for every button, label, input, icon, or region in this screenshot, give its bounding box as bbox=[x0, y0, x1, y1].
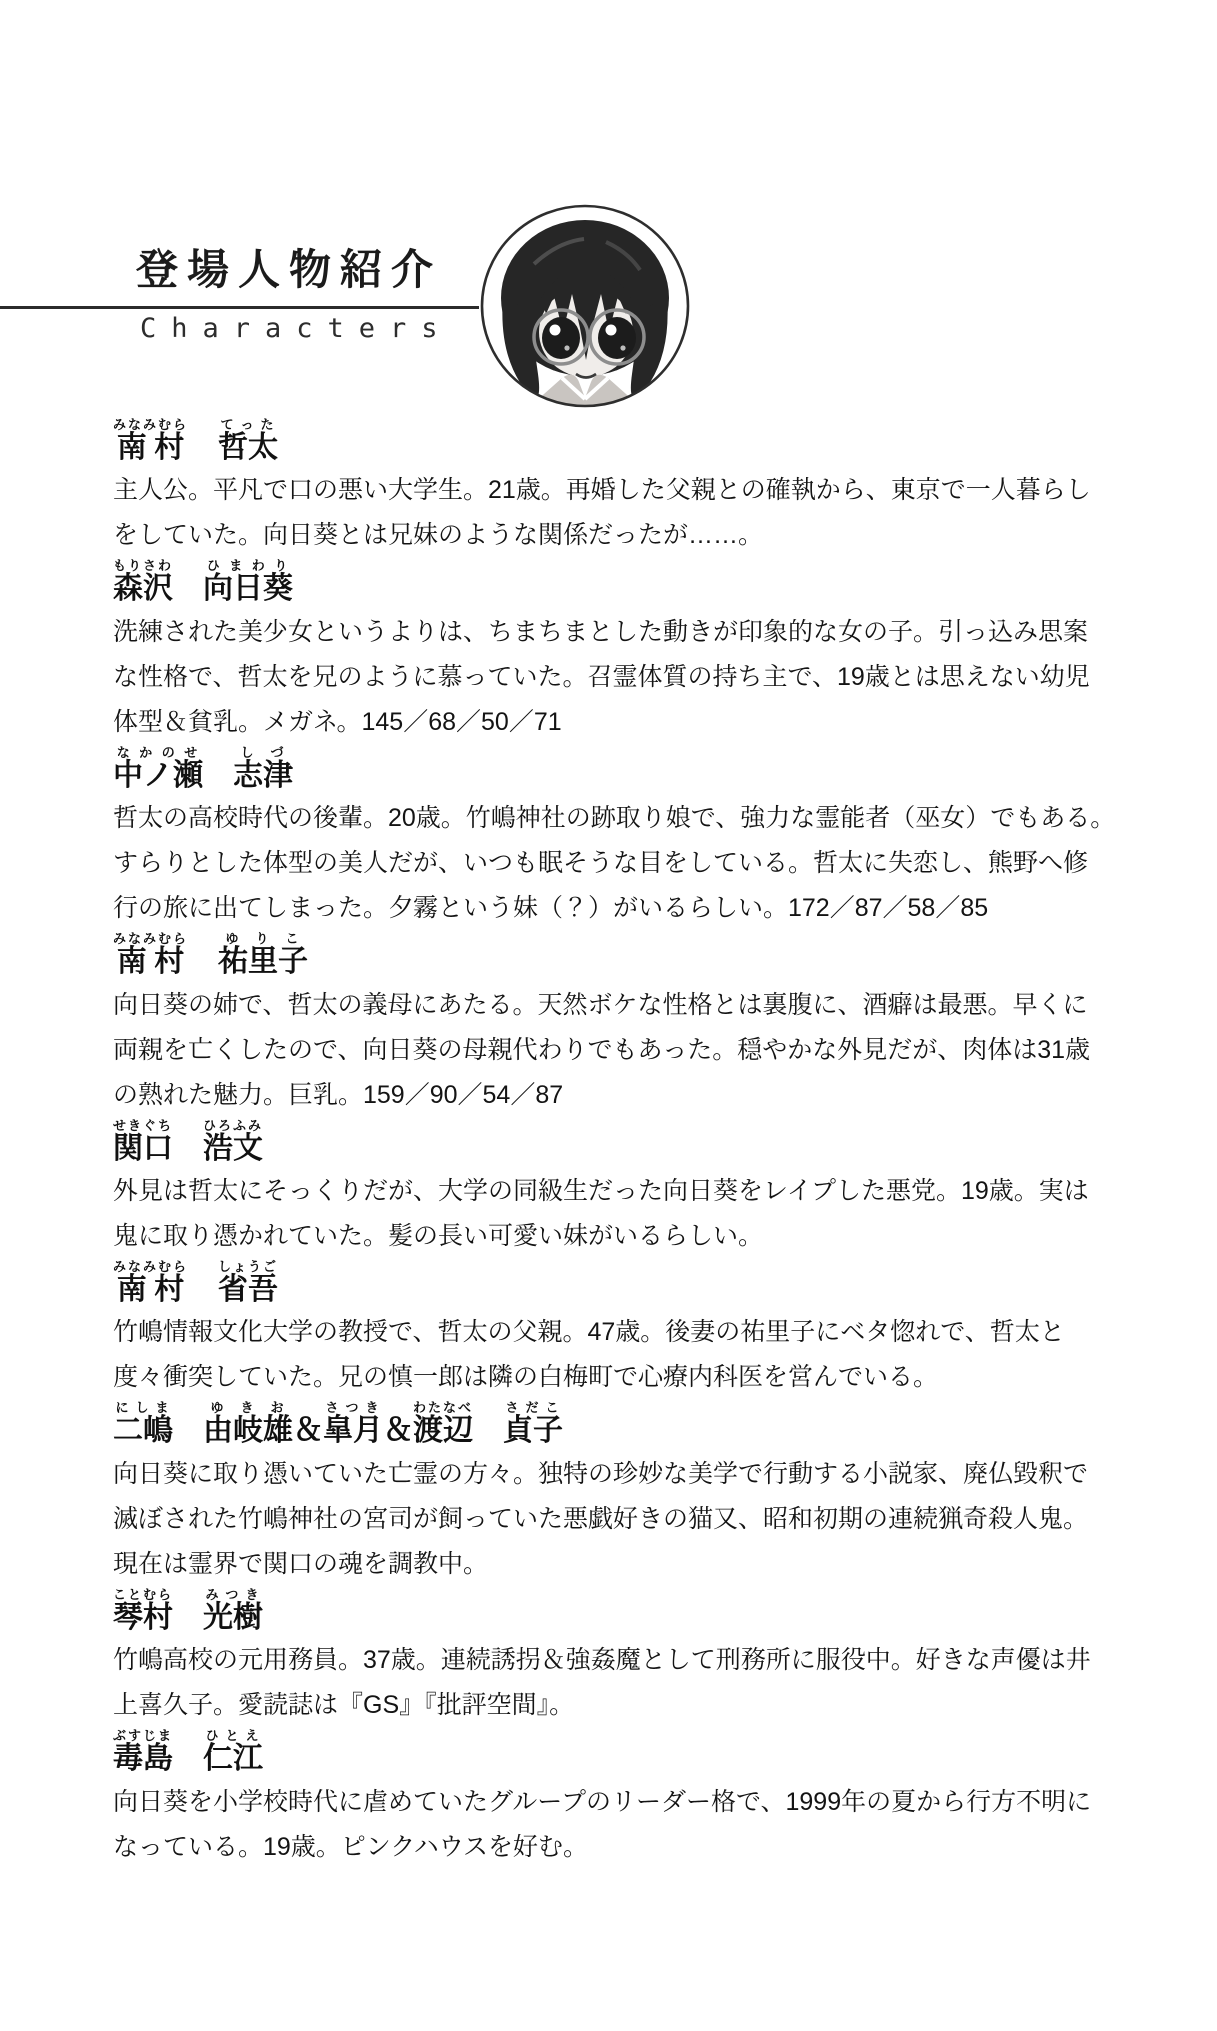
description-line: 外見は哲太にそっくりだが、大学の同級生だった向日葵をレイプした悪党。19歳。実は bbox=[113, 1169, 1133, 1214]
description-line: 向日葵に取り憑いていた亡霊の方々。独特の珍妙な美学で行動する小説家、廃仏毀釈で bbox=[113, 1452, 1133, 1497]
character-name-segment: 省吾しょうご bbox=[218, 1273, 278, 1306]
character-list: 南村みなみむら哲太てった 主人公。平凡で口の悪い大学生。21歳。再婚した父親との… bbox=[113, 417, 1133, 1870]
character-entry: 毒島ぶすじま仁江ひとえ 向日葵を小学校時代に虐めていたグループのリーダー格で、1… bbox=[113, 1728, 1133, 1869]
character-name-segment: 南村みなみむら bbox=[113, 1273, 188, 1306]
character-description: 向日葵の姉で、哲太の義母にあたる。天然ボケな性格とは裏腹に、酒癖は最悪。早くに両… bbox=[113, 983, 1133, 1118]
header-rule bbox=[0, 306, 479, 309]
character-name: 関口せきぐち浩文ひろふみ bbox=[113, 1118, 1133, 1165]
description-line: 向日葵を小学校時代に虐めていたグループのリーダー格で、1999年の夏から行方不明… bbox=[113, 1780, 1133, 1825]
page: 登場人物紹介 Characters bbox=[0, 0, 1217, 2031]
description-line: な性格で、哲太を兄のように慕っていた。召霊体質の持ち主で、19歳とは思えない幼児 bbox=[113, 655, 1133, 700]
character-entry: 二嶋にしま由岐雄ゆきお＆皐月さつき＆渡辺わたなべ貞子さだこ 向日葵に取り憑いてい… bbox=[113, 1400, 1133, 1586]
character-name: 毒島ぶすじま仁江ひとえ bbox=[113, 1728, 1133, 1775]
character-description: 外見は哲太にそっくりだが、大学の同級生だった向日葵をレイプした悪党。19歳。実は… bbox=[113, 1169, 1133, 1259]
description-line: なっている。19歳。ピンクハウスを好む。 bbox=[113, 1825, 1133, 1870]
description-line: 行の旅に出てしまった。夕霧という妹（？）がいるらしい。172／87／58／85 bbox=[113, 886, 1133, 931]
description-line: の熟れた魅力。巨乳。159／90／54／87 bbox=[113, 1073, 1133, 1118]
character-name-segment: ＆ bbox=[383, 1414, 413, 1447]
description-line: 現在は霊界で関口の魂を調教中。 bbox=[113, 1542, 1133, 1587]
character-name-segment: 仁江ひとえ bbox=[203, 1742, 263, 1775]
character-name: 南村みなみむら省吾しょうご bbox=[113, 1259, 1133, 1306]
character-description: 竹嶋高校の元用務員。37歳。連続誘拐＆強姦魔として刑務所に服役中。好きな声優は井… bbox=[113, 1638, 1133, 1728]
character-name-segment: 中ノ瀬なかのせ bbox=[113, 759, 203, 792]
description-line: 上喜久子。愛読誌は『GS』『批評空間』。 bbox=[113, 1683, 1133, 1728]
character-name-segment: 南村みなみむら bbox=[113, 431, 188, 464]
character-name-segment: 祐里子ゆりこ bbox=[218, 945, 308, 978]
character-name-segment: 向日葵ひまわり bbox=[203, 572, 293, 605]
character-name-segment: 皐月さつき bbox=[323, 1414, 383, 1447]
character-description: 向日葵を小学校時代に虐めていたグループのリーダー格で、1999年の夏から行方不明… bbox=[113, 1780, 1133, 1870]
girl-portrait-illustration bbox=[478, 202, 692, 410]
character-entry: 南村みなみむら哲太てった 主人公。平凡で口の悪い大学生。21歳。再婚した父親との… bbox=[113, 417, 1133, 558]
character-name: 南村みなみむら哲太てった bbox=[113, 417, 1133, 464]
character-name: 琴村ことむら光樹みつき bbox=[113, 1587, 1133, 1634]
character-name-segment: 哲太てった bbox=[218, 431, 278, 464]
description-line: 向日葵の姉で、哲太の義母にあたる。天然ボケな性格とは裏腹に、酒癖は最悪。早くに bbox=[113, 983, 1133, 1028]
character-name-segment: 毒島ぶすじま bbox=[113, 1742, 173, 1775]
character-name-segment: 南村みなみむら bbox=[113, 945, 188, 978]
character-name-segment: 光樹みつき bbox=[203, 1601, 263, 1634]
character-name: 森沢もりさわ向日葵ひまわり bbox=[113, 558, 1133, 605]
character-name: 二嶋にしま由岐雄ゆきお＆皐月さつき＆渡辺わたなべ貞子さだこ bbox=[113, 1400, 1133, 1447]
character-description: 洗練された美少女というよりは、ちまちまとした動きが印象的な女の子。引っ込み思案な… bbox=[113, 610, 1133, 745]
character-name: 南村みなみむら祐里子ゆりこ bbox=[113, 931, 1133, 978]
description-line: 洗練された美少女というよりは、ちまちまとした動きが印象的な女の子。引っ込み思案 bbox=[113, 610, 1133, 655]
character-name: 中ノ瀬なかのせ志津しづ bbox=[113, 745, 1133, 792]
character-name-segment: 渡辺わたなべ bbox=[413, 1414, 473, 1447]
description-line: 竹嶋情報文化大学の教授で、哲太の父親。47歳。後妻の祐里子にベタ惚れで、哲太と bbox=[113, 1310, 1133, 1355]
character-description: 向日葵に取り憑いていた亡霊の方々。独特の珍妙な美学で行動する小説家、廃仏毀釈で滅… bbox=[113, 1452, 1133, 1587]
description-line: 主人公。平凡で口の悪い大学生。21歳。再婚した父親との確執から、東京で一人暮らし bbox=[113, 468, 1133, 513]
description-line: 度々衝突していた。兄の慎一郎は隣の白梅町で心療内科医を営んでいる。 bbox=[113, 1355, 1133, 1400]
page-subtitle: Characters bbox=[140, 314, 453, 344]
character-entry: 南村みなみむら祐里子ゆりこ 向日葵の姉で、哲太の義母にあたる。天然ボケな性格とは… bbox=[113, 931, 1133, 1117]
character-entry: 中ノ瀬なかのせ志津しづ 哲太の高校時代の後輩。20歳。竹嶋神社の跡取り娘で、強力… bbox=[113, 745, 1133, 931]
character-name-segment: 貞子さだこ bbox=[503, 1414, 563, 1447]
character-entry: 森沢もりさわ向日葵ひまわり 洗練された美少女というよりは、ちまちまとした動きが印… bbox=[113, 558, 1133, 744]
description-line: をしていた。向日葵とは兄妹のような関係だったが……。 bbox=[113, 513, 1133, 558]
character-name-segment: 二嶋にしま bbox=[113, 1414, 173, 1447]
description-line: 滅ぼされた竹嶋神社の宮司が飼っていた悪戯好きの猫又、昭和初期の連続猟奇殺人鬼。 bbox=[113, 1497, 1133, 1542]
character-name-segment: ＆ bbox=[293, 1414, 323, 1447]
character-entry: 琴村ことむら光樹みつき 竹嶋高校の元用務員。37歳。連続誘拐＆強姦魔として刑務所… bbox=[113, 1587, 1133, 1728]
character-name-segment: 森沢もりさわ bbox=[113, 572, 173, 605]
description-line: 体型＆貧乳。メガネ。145／68／50／71 bbox=[113, 700, 1133, 745]
page-title: 登場人物紹介 bbox=[136, 248, 442, 294]
character-name-segment: 志津しづ bbox=[233, 759, 293, 792]
character-description: 竹嶋情報文化大学の教授で、哲太の父親。47歳。後妻の祐里子にベタ惚れで、哲太と度… bbox=[113, 1310, 1133, 1400]
character-description: 主人公。平凡で口の悪い大学生。21歳。再婚した父親との確執から、東京で一人暮らし… bbox=[113, 468, 1133, 558]
character-name-segment: 浩文ひろふみ bbox=[203, 1132, 263, 1165]
character-name-segment: 関口せきぐち bbox=[113, 1132, 173, 1165]
character-name-segment: 琴村ことむら bbox=[113, 1601, 173, 1634]
description-line: 竹嶋高校の元用務員。37歳。連続誘拐＆強姦魔として刑務所に服役中。好きな声優は井 bbox=[113, 1638, 1133, 1683]
description-line: 哲太の高校時代の後輩。20歳。竹嶋神社の跡取り娘で、強力な霊能者（巫女）でもある… bbox=[113, 796, 1133, 841]
description-line: すらりとした体型の美人だが、いつも眠そうな目をしている。哲太に失恋し、熊野へ修 bbox=[113, 841, 1133, 886]
description-line: 鬼に取り憑かれていた。髪の長い可愛い妹がいるらしい。 bbox=[113, 1214, 1133, 1259]
character-entry: 南村みなみむら省吾しょうご 竹嶋情報文化大学の教授で、哲太の父親。47歳。後妻の… bbox=[113, 1259, 1133, 1400]
character-description: 哲太の高校時代の後輩。20歳。竹嶋神社の跡取り娘で、強力な霊能者（巫女）でもある… bbox=[113, 796, 1133, 931]
description-line: 両親を亡くしたので、向日葵の母親代わりでもあった。穏やかな外見だが、肉体は31歳 bbox=[113, 1028, 1133, 1073]
character-name-segment: 由岐雄ゆきお bbox=[203, 1414, 293, 1447]
character-entry: 関口せきぐち浩文ひろふみ 外見は哲太にそっくりだが、大学の同級生だった向日葵をレ… bbox=[113, 1118, 1133, 1259]
